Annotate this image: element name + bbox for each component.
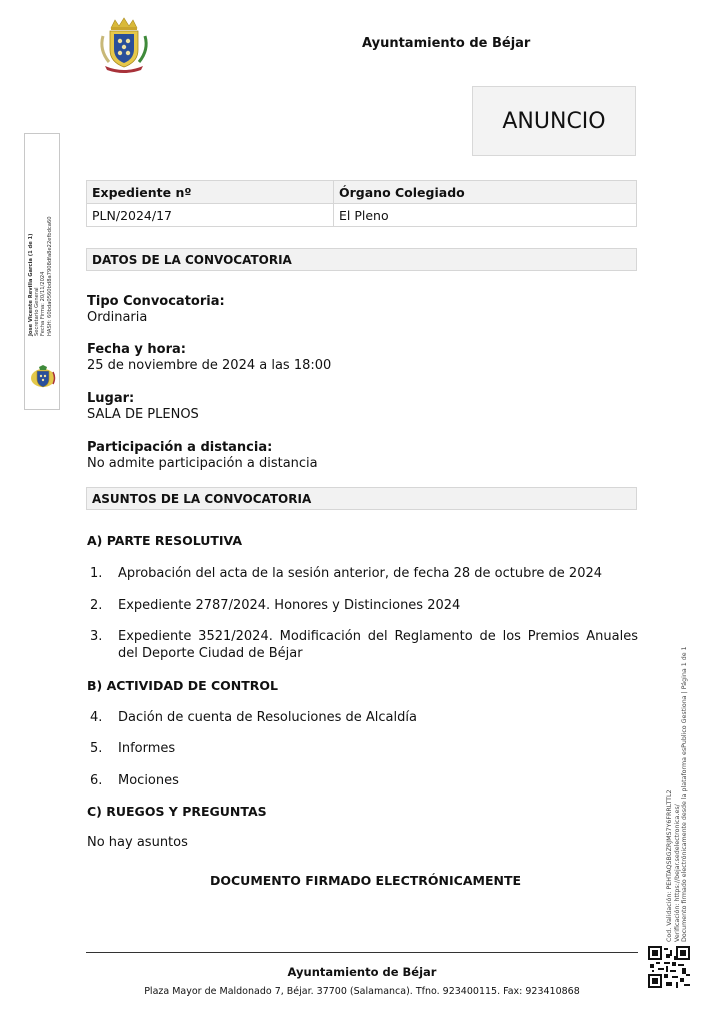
no-items-note: No hay asuntos bbox=[87, 835, 188, 850]
expediente-value: PLN/2024/17 bbox=[87, 204, 334, 227]
header-title: Ayuntamiento de Béjar bbox=[362, 36, 530, 51]
field-tipo-convocatoria: Tipo Convocatoria: Ordinaria bbox=[87, 294, 225, 325]
footer-address: Plaza Mayor de Maldonado 7, Béjar. 37700… bbox=[0, 986, 724, 997]
footer-address-text: Plaza Mayor de Maldonado 7, Béjar. 37700… bbox=[144, 986, 580, 997]
list-item: 2. Expediente 2787/2024. Honores y Disti… bbox=[90, 597, 638, 614]
header-expediente: Expediente nº bbox=[87, 181, 334, 204]
footer-title-text: Ayuntamiento de Béjar bbox=[288, 965, 437, 979]
item-number: 3. bbox=[90, 628, 118, 662]
footer-title: Ayuntamiento de Béjar bbox=[0, 965, 724, 979]
item-number: 1. bbox=[90, 565, 118, 582]
item-text: Informes bbox=[118, 740, 638, 757]
list-item: 1. Aprobación del acta de la sesión ante… bbox=[90, 565, 638, 582]
footer-divider bbox=[86, 952, 638, 953]
item-text: Mociones bbox=[118, 772, 638, 789]
field-value: SALA DE PLENOS bbox=[87, 407, 199, 422]
table-row: PLN/2024/17 El Pleno bbox=[87, 204, 637, 227]
item-number: 4. bbox=[90, 709, 118, 726]
list-item: 4. Dación de cuenta de Resoluciones de A… bbox=[90, 709, 638, 726]
item-number: 5. bbox=[90, 740, 118, 757]
validation-text: Cod. Validación: PEHTAQSBGZRJMS7Y6FRRLTT… bbox=[666, 612, 689, 942]
item-number: 2. bbox=[90, 597, 118, 614]
platform-notice: Documento firmado electrónicamente desde… bbox=[681, 612, 689, 942]
verification-url[interactable]: Verificación: https://bejar.sedelectroni… bbox=[674, 612, 682, 942]
field-label: Lugar: bbox=[87, 391, 199, 406]
section-datos-convocatoria: DATOS DE LA CONVOCATORIA bbox=[86, 248, 637, 271]
item-text: Expediente 2787/2024. Honores y Distinci… bbox=[118, 597, 638, 614]
field-label: Tipo Convocatoria: bbox=[87, 294, 225, 309]
signed-notice: DOCUMENTO FIRMADO ELECTRÓNICAMENTE bbox=[210, 873, 521, 888]
field-lugar: Lugar: SALA DE PLENOS bbox=[87, 391, 199, 422]
notice-type-label: ANUNCIO bbox=[502, 109, 605, 134]
notice-type-box: ANUNCIO bbox=[472, 86, 636, 156]
expediente-table: Expediente nº Órgano Colegiado PLN/2024/… bbox=[86, 180, 637, 227]
organo-value: El Pleno bbox=[334, 204, 637, 227]
signature-hash: HASH: 60bda0560bd8a7908dfa8e22efbdca60 bbox=[47, 136, 53, 336]
table-header-row: Expediente nº Órgano Colegiado bbox=[87, 181, 637, 204]
coat-of-arms-icon bbox=[93, 14, 155, 76]
section-asuntos-convocatoria: ASUNTOS DE LA CONVOCATORIA bbox=[86, 487, 637, 510]
validation-code: Cod. Validación: PEHTAQSBGZRJMS7Y6FRRLTT… bbox=[666, 612, 674, 942]
field-value: No admite participación a distancia bbox=[87, 456, 318, 471]
list-item: 6. Mociones bbox=[90, 772, 638, 789]
field-participacion-distancia: Participación a distancia: No admite par… bbox=[87, 440, 318, 471]
list-item: 5. Informes bbox=[90, 740, 638, 757]
field-value: 25 de noviembre de 2024 a las 18:00 bbox=[87, 358, 331, 373]
item-text: Expediente 3521/2024. Modificación del R… bbox=[118, 628, 638, 662]
field-label: Fecha y hora: bbox=[87, 342, 331, 357]
field-fecha-hora: Fecha y hora: 25 de noviembre de 2024 a … bbox=[87, 342, 331, 373]
item-text: Aprobación del acta de la sesión anterio… bbox=[118, 565, 638, 582]
field-value: Ordinaria bbox=[87, 310, 225, 325]
group-actividad-control: B) ACTIVIDAD DE CONTROL bbox=[87, 678, 278, 693]
header-organo: Órgano Colegiado bbox=[334, 181, 637, 204]
item-number: 6. bbox=[90, 772, 118, 789]
group-parte-resolutiva: A) PARTE RESOLUTIVA bbox=[87, 533, 242, 548]
signature-text: Jose Vicente Revilla Garcia (1 de 1) Sec… bbox=[28, 136, 53, 336]
list-item: 3. Expediente 3521/2024. Modificación de… bbox=[90, 628, 638, 662]
group-ruegos-preguntas: C) RUEGOS Y PREGUNTAS bbox=[87, 804, 267, 819]
item-text: Dación de cuenta de Resoluciones de Alca… bbox=[118, 709, 638, 726]
coat-of-arms-icon bbox=[29, 364, 57, 390]
field-label: Participación a distancia: bbox=[87, 440, 318, 455]
